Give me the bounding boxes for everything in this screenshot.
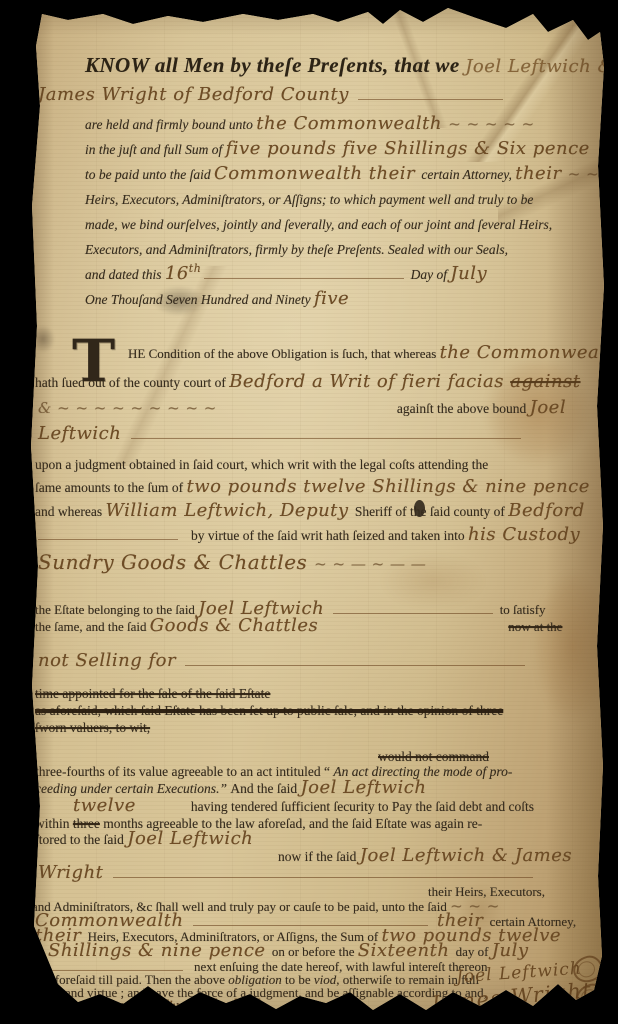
handwritten-text: Leftwich: [38, 423, 128, 444]
struck-printed-text: as aforeſaid, which ſaid Eſtate has been…: [35, 703, 503, 718]
handwritten-text: Goods & Chattles: [150, 615, 319, 636]
printed-text: and whereas: [35, 504, 105, 519]
printed-text: are held and firmly bound unto: [85, 117, 256, 132]
handwritten-text: James Wright of Bedford County: [38, 84, 355, 105]
handwritten-text: Joel Leftwich &: [465, 56, 606, 77]
handwritten-flourish: ~ ~: [568, 165, 599, 183]
handwritten-text: Joel Leftwich: [127, 828, 253, 849]
struck-printed-text: ſworn valuers, to wit,: [35, 720, 150, 735]
judgment-line: upon a judgment obtained in ſaid court, …: [28, 453, 600, 476]
handwritten-text: July: [492, 940, 529, 961]
printed-text: ſtored to the ſaid: [35, 832, 127, 847]
handwritten-flourish: ~ ~ — ~ — —: [314, 555, 426, 573]
printed-text: under the above recited law.: [35, 997, 181, 1012]
handwritten-text: Joel Leftwich: [300, 777, 426, 798]
printed-text: Day of: [407, 267, 450, 282]
handwritten-text: Sundry Goods & Chattles: [38, 550, 314, 574]
printed-text: by virtue of the ſaid writ hath ſeized a…: [191, 528, 468, 543]
printed-text: And the ſaid: [230, 781, 300, 796]
handwritten-text: Commonwealth their: [214, 163, 421, 184]
spacer: [181, 539, 191, 540]
assigns-line: Heirs, Executors, Adminiſtrators, or Aſſ…: [28, 187, 600, 212]
printed-text: in the juſt and full Sum of: [85, 142, 226, 157]
handwritten-text: the Commonwealth: [256, 113, 448, 134]
document-photo: KNOW all Men by theſe Preſents, that we …: [0, 0, 618, 1024]
fill-rule: [38, 535, 178, 540]
fill-rule: [185, 661, 525, 666]
handwritten-text: Bedford a Writ of fieri facias: [229, 371, 510, 392]
defendant-name-line: Leftwich: [28, 422, 600, 447]
writ-seized-line: by virtue of the ſaid writ hath ſeized a…: [28, 524, 600, 547]
struck-printed-text: time appointed for the ſale of the ſaid …: [35, 686, 270, 701]
printed-text: ſame amounts to the ſum of: [35, 480, 186, 495]
handwritten-flourish: ~ ~ ~ ~ ~: [448, 115, 534, 133]
year-line: One Thouſand Seven Hundred and Ninety fi…: [28, 287, 600, 312]
printed-text: now if the ſaid: [278, 849, 360, 864]
spacer: [217, 412, 397, 413]
months-line: within three months agreeable to the law…: [28, 815, 600, 832]
printed-text: on or before the: [272, 944, 358, 959]
sheriff-line: and whereas William Leftwich, Deputy She…: [28, 500, 600, 523]
against-bound-line: & ~ ~ ~ ~ ~ ~ ~ ~ ~againſt the above bou…: [28, 396, 600, 421]
printed-text: hath ſued out of the county court of: [35, 375, 229, 390]
attorney-line: to be paid unto the ſaid Commonwealth th…: [28, 162, 600, 187]
handwritten-text: two pounds twelve Shillings & nine pence: [186, 476, 589, 497]
printed-text: to be paid unto the ſaid: [85, 167, 214, 182]
printed-text: having tendered ſufficient ſecurity to P…: [191, 799, 534, 814]
printed-text: One Thouſand Seven Hundred and Ninety: [85, 292, 314, 307]
fill-rule: [333, 609, 493, 614]
handwritten-text: Joel: [530, 397, 566, 418]
handwritten-text: five: [314, 288, 349, 309]
handwritten-text: William Leftwich, Deputy: [105, 500, 354, 521]
fill-rule: [204, 274, 404, 279]
printed-text: to ſatisfy: [496, 602, 545, 617]
handwritten-text: their: [515, 163, 568, 184]
printed-text: HE Condition of the above Obligation is …: [128, 346, 440, 361]
struck-printed-text: three: [73, 816, 100, 831]
printed-text: three-fourths of its value agreeable to …: [35, 764, 333, 779]
heirs-executors-line: their Heirs, Executors,: [28, 884, 600, 899]
witness-signature: Test Wm Leftwich DS: [36, 995, 263, 1018]
handwritten-text: Shillings & nine pence: [48, 940, 272, 961]
handwritten-text: twelve: [73, 795, 136, 816]
handwritten-text: his Custody: [468, 524, 580, 545]
printed-text: certain Attorney,: [421, 167, 515, 182]
handwritten-text: not Selling for: [38, 650, 182, 671]
fill-rule: [113, 873, 533, 878]
handwritten-text: Wright: [38, 862, 110, 883]
printed-text: and dated this: [85, 267, 165, 282]
bound-unto-line: are held and firmly bound unto the Commo…: [28, 112, 600, 137]
struck-printed-text: now at the: [508, 619, 562, 634]
costs-sum-line: ſame amounts to the ſum of two pounds tw…: [28, 476, 600, 499]
struck-valuers-line: ſworn valuers, to wit,: [28, 719, 600, 736]
drop-cap-letter: T: [72, 332, 115, 390]
paper-sheet: KNOW all Men by theſe Preſents, that we …: [28, 6, 606, 1018]
fill-rule: [131, 434, 521, 439]
printed-text: within: [35, 816, 73, 831]
handwritten-text: 16: [165, 263, 189, 284]
printed-text: Sheriff of the ſaid county of: [355, 504, 508, 519]
printed-text: Executors, and Adminiſtrators, firmly by…: [85, 242, 508, 257]
printed-italic-text: ceeding under certain Executions.”: [35, 781, 230, 796]
handwritten-flourish: & ~ ~ ~ ~ ~ ~ ~ ~ ~: [38, 399, 217, 417]
not-selling-line: not Selling for: [28, 648, 600, 676]
document-text: KNOW all Men by theſe Preſents, that we …: [28, 6, 600, 1018]
date-line: and dated this 16th Day of July: [28, 262, 600, 287]
printed-text: againſt the above bound: [397, 401, 530, 416]
printed-title-text: KNOW all Men by theſe Preſents, that we: [85, 53, 465, 77]
handwritten-text: July: [450, 263, 487, 284]
on-or-before-line: Shillings & nine pence on or before the …: [28, 944, 600, 959]
printed-text: upon a judgment obtained in ſaid court, …: [35, 457, 488, 472]
printed-text: day of: [456, 944, 492, 959]
sealed-line: Executors, and Adminiſtrators, firmly by…: [28, 237, 600, 262]
spacer: [186, 970, 194, 971]
printed-text: the ſame, and the ſaid: [35, 619, 150, 634]
goods-chattels-line: Sundry Goods & Chattles ~ ~ — ~ — —: [28, 551, 600, 579]
handwritten-text: the Commonwealth: [440, 342, 606, 363]
printed-text: made, we bind ourſelves, jointly and ſev…: [85, 217, 552, 232]
parties-line: James Wright of Bedford County: [28, 83, 600, 109]
goods-said-line: the ſame, and the ſaid Goods & Chattlesn…: [28, 618, 600, 635]
handwritten-text: Sixteenth: [358, 940, 456, 961]
struck-printed-text: would not command: [378, 749, 489, 764]
spacer: [136, 810, 191, 811]
struck-time-line: time appointed for the ſale of the ſaid …: [28, 685, 600, 702]
struck-handwritten-text: against: [510, 371, 580, 392]
sum-line: in the juſt and full Sum of five pounds …: [28, 137, 600, 162]
printed-text: Heirs, Executors, Adminiſtrators, or Aſſ…: [85, 192, 533, 207]
struck-public-sale-line: as aforeſaid, which ſaid Eſtate has been…: [28, 702, 600, 719]
heading-line: KNOW all Men by theſe Preſents, that we …: [28, 50, 600, 83]
wright-line: Wright: [28, 863, 600, 885]
security-line: twelvehaving tendered ſufficient ſecurit…: [28, 798, 600, 815]
handwritten-text: five pounds five Shillings & Six pence: [226, 138, 590, 159]
handwritten-text: Bedford: [508, 500, 585, 521]
spacer: [318, 630, 508, 631]
handwritten-superscript: th: [189, 262, 202, 275]
bind-ourselves-line: made, we bind ourſelves, jointly and ſev…: [28, 212, 600, 237]
fill-rule: [358, 95, 503, 100]
fill-rule: [38, 966, 183, 971]
